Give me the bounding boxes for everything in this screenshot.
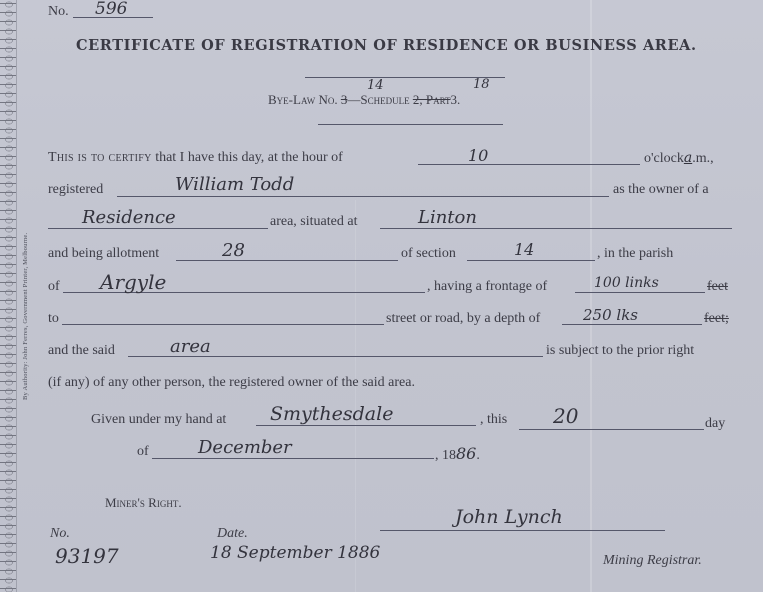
registered-label: registered [48,182,103,198]
given-label: Given under my hand at [91,412,226,428]
allotment-value: 28 [222,240,245,261]
certificate-number-label: No. [48,4,69,20]
fold-crease [355,200,356,592]
of-label: of [48,279,60,295]
said-label: and the said [48,343,115,359]
certify-text: This is to certify that I have this day,… [48,150,343,166]
said-value: area [170,336,211,357]
miners-right-no-value: 93197 [55,544,119,568]
parish-value: Argyle [100,270,166,294]
month-value: December [198,437,292,458]
oclock-text: o'clocka.m., [644,150,714,167]
of-month-label: of [137,444,149,460]
situated-label: area, situated at [270,214,357,230]
this-label: , this [480,412,507,428]
struck-feet: feet [707,279,728,295]
parish-label: , in the parish [597,246,673,262]
year-text: , 1886. [435,444,480,464]
allotment-label: and being allotment [48,246,159,262]
area-type: Residence [82,207,176,228]
owner-label: as the owner of a [613,182,709,198]
struck-feet: feet; [704,311,729,327]
hour-value: 10 [468,146,488,165]
miners-right-no-label: No. [50,526,70,542]
section-value: 14 [514,240,534,259]
perforated-stub-edge [0,0,17,592]
depth-value: 250 lks [583,306,638,324]
document-title: CERTIFICATE OF REGISTRATION OF RESIDENCE… [76,37,697,54]
certificate-number: 596 [95,0,127,19]
fold-crease [590,0,592,592]
given-place: Smythesdale [270,403,393,425]
prior-right-label: is subject to the prior right [546,343,694,359]
given-day: 20 [553,404,578,428]
bylaw-line: Bye-Law No. 3—Schedule 2, Part3. [268,92,460,108]
registrar-title: Mining Registrar. [603,553,702,569]
location-value: Linton [418,207,477,228]
frontage-label: , having a frontage of [427,279,547,295]
day-label: day [705,416,725,432]
registrant-name: William Todd [175,174,294,195]
printer-imprint: By Authority: John Ferres, Government Pr… [22,233,29,400]
miners-right-date-value: 18 September 1886 [210,543,380,563]
to-label: to [48,311,59,327]
frontage-value: 100 links [594,275,659,291]
owner-statement: (if any) of any other person, the regist… [48,375,415,391]
bylaw-handwritten-number: 14 [367,78,384,93]
miners-right-heading: Miner's Right. [105,495,182,511]
registrar-signature: John Lynch [455,506,563,528]
section-label: of section [401,246,456,262]
depth-label: street or road, by a depth of [386,311,540,327]
schedule-handwritten-number: 18 [473,77,490,92]
miners-right-date-label: Date. [217,526,248,542]
